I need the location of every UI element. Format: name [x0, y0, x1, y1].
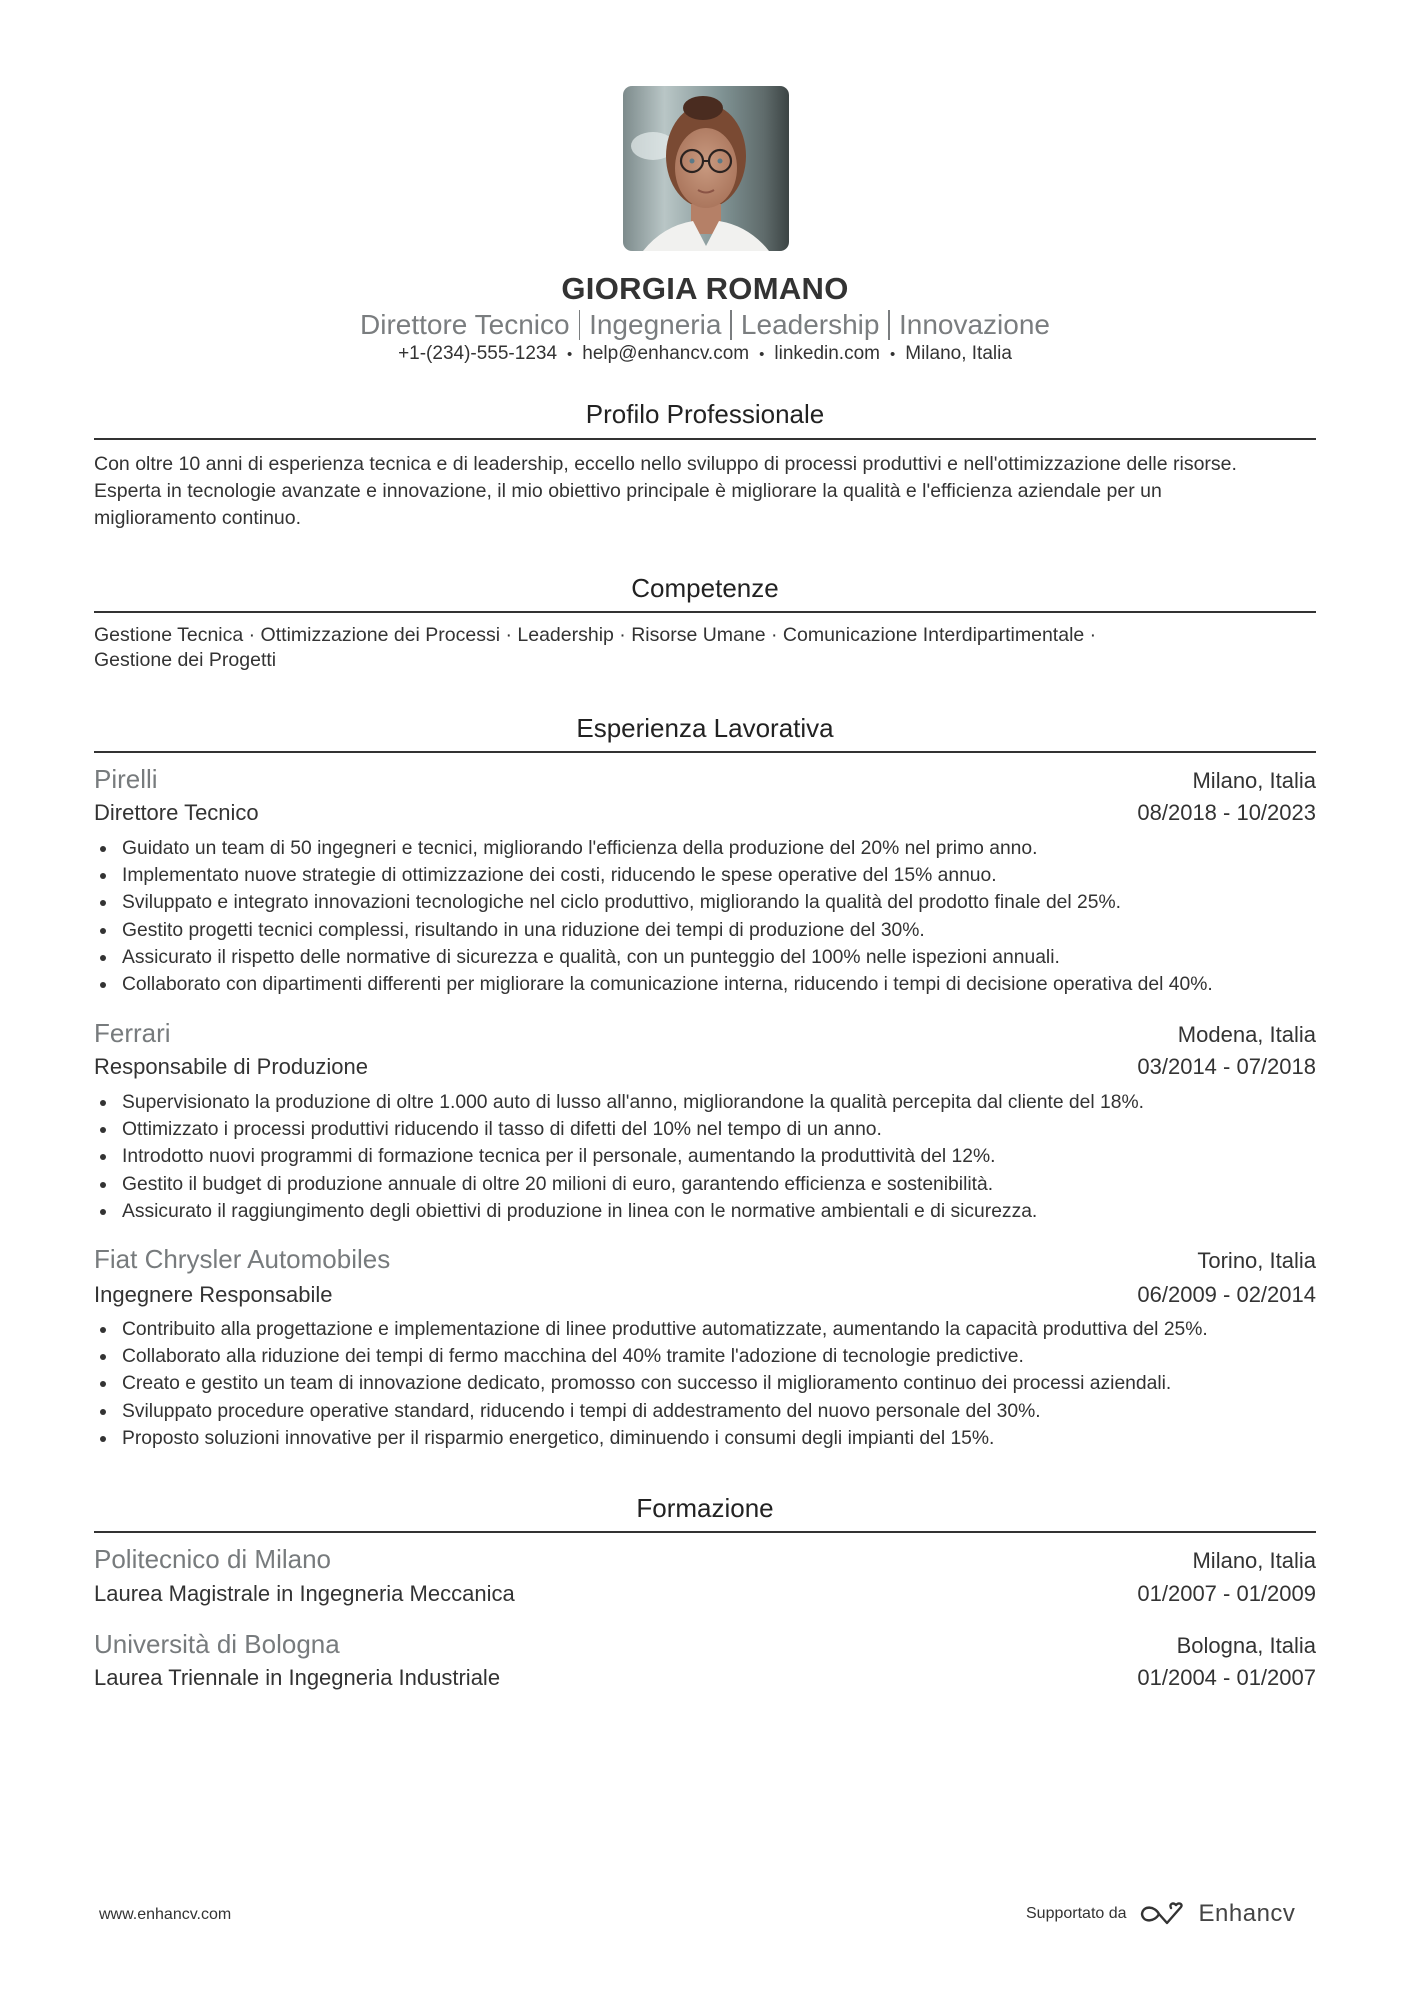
section-divider [94, 751, 1316, 753]
education-dates: 01/2007 - 01/2009 [1137, 1580, 1316, 1608]
job-dates: 08/2018 - 10/2023 [1137, 799, 1316, 827]
headline-part: Direttore Tecnico [360, 309, 570, 340]
bullet-dot: • [567, 346, 572, 363]
summary-line: Esperta in tecnologie avanzate e innovaz… [94, 478, 1334, 505]
job-location: Torino, Italia [1197, 1247, 1316, 1275]
bullet-dot: • [759, 346, 764, 363]
degree: Laurea Magistrale in Ingegneria Meccanic… [94, 1580, 515, 1608]
company-name: Ferrari [94, 1017, 171, 1049]
separator-bar [579, 310, 581, 340]
section-divider [94, 611, 1316, 613]
enhancv-brand-name: Enhancv [1199, 1900, 1296, 1928]
headline-part: Innovazione [899, 309, 1050, 340]
summary-line: Con oltre 10 anni di esperienza tecnica … [94, 451, 1334, 478]
job-subheader: Direttore Tecnico 08/2018 - 10/2023 [94, 799, 1316, 827]
job-achievements: Guidato un team di 50 ingegneri e tecnic… [94, 835, 1334, 998]
headline-part: Leadership [741, 309, 880, 340]
location: Milano, Italia [905, 343, 1012, 364]
achievement-item: Assicurato il rispetto delle normative d… [94, 944, 1334, 971]
achievement-item: Creato e gestito un team di innovazione … [94, 1370, 1334, 1397]
achievement-item: Supervisionato la produzione di oltre 1.… [94, 1089, 1334, 1116]
achievement-item: Contribuito alla progettazione e impleme… [94, 1316, 1334, 1343]
profile-photo [623, 86, 789, 251]
school-name: Politecnico di Milano [94, 1543, 331, 1575]
job-achievements: Supervisionato la produzione di oltre 1.… [94, 1089, 1334, 1225]
footer-powered-by[interactable]: Supportato da Enhancv [1026, 1900, 1295, 1928]
enhancv-logo-icon [1139, 1901, 1187, 1927]
school-location: Milano, Italia [1192, 1547, 1316, 1575]
job-subheader: Ingegnere Responsabile 06/2009 - 02/2014 [94, 1281, 1316, 1309]
section-title-skills: Competenze [94, 572, 1316, 604]
section-title-education: Formazione [94, 1492, 1316, 1524]
profile-summary: Con oltre 10 anni di esperienza tecnica … [94, 451, 1334, 532]
headline-part: Ingegneria [589, 309, 721, 340]
education-header: Politecnico di Milano Milano, Italia [94, 1543, 1316, 1575]
job-header: Ferrari Modena, Italia [94, 1017, 1316, 1049]
achievement-item: Collaborato con dipartimenti differenti … [94, 971, 1334, 998]
contact-line: +1-(234)-555-1234•help@enhancv.com•linke… [94, 342, 1316, 367]
linkedin-link[interactable]: linkedin.com [774, 343, 880, 364]
section-divider [94, 438, 1316, 440]
achievement-item: Sviluppato procedure operative standard,… [94, 1398, 1334, 1425]
profile-photo-image [623, 86, 789, 251]
skills-list: Gestione Tecnica · Ottimizzazione dei Pr… [94, 623, 1334, 673]
job-location: Modena, Italia [1178, 1021, 1316, 1049]
section-divider [94, 1531, 1316, 1533]
skills-line: Gestione dei Progetti [94, 648, 1334, 673]
achievement-item: Ottimizzato i processi produttivi riduce… [94, 1116, 1334, 1143]
achievement-item: Assicurato il raggiungimento degli obiet… [94, 1198, 1334, 1225]
education-dates: 01/2004 - 01/2007 [1137, 1664, 1316, 1692]
section-title-experience: Esperienza Lavorativa [94, 712, 1316, 744]
skills-line: Gestione Tecnica · Ottimizzazione dei Pr… [94, 623, 1334, 648]
achievement-item: Proposto soluzioni innovative per il ris… [94, 1425, 1334, 1452]
headline-title: Direttore TecnicoIngegneriaLeadershipInn… [94, 308, 1316, 342]
job-header: Pirelli Milano, Italia [94, 763, 1316, 795]
achievement-item: Sviluppato e integrato innovazioni tecno… [94, 889, 1334, 916]
separator-bar [888, 310, 890, 340]
job-role: Responsabile di Produzione [94, 1053, 368, 1081]
powered-by-label: Supportato da [1026, 1905, 1127, 1923]
candidate-name: GIORGIA ROMANO [94, 271, 1316, 307]
bullet-dot: • [890, 346, 895, 363]
job-role: Ingegnere Responsabile [94, 1281, 333, 1309]
school-name: Università di Bologna [94, 1628, 340, 1660]
school-location: Bologna, Italia [1177, 1632, 1316, 1660]
education-subheader: Laurea Triennale in Ingegneria Industria… [94, 1664, 1316, 1692]
job-role: Direttore Tecnico [94, 799, 259, 827]
company-name: Pirelli [94, 763, 158, 795]
company-name: Fiat Chrysler Automobiles [94, 1243, 390, 1275]
achievement-item: Implementato nuove strategie di ottimizz… [94, 862, 1334, 889]
job-location: Milano, Italia [1192, 767, 1316, 795]
separator-bar [730, 310, 732, 340]
education-header: Università di Bologna Bologna, Italia [94, 1628, 1316, 1660]
summary-line: miglioramento continuo. [94, 505, 1334, 532]
degree: Laurea Triennale in Ingegneria Industria… [94, 1664, 500, 1692]
job-header: Fiat Chrysler Automobiles Torino, Italia [94, 1243, 1316, 1275]
education-subheader: Laurea Magistrale in Ingegneria Meccanic… [94, 1580, 1316, 1608]
achievement-item: Introdotto nuovi programmi di formazione… [94, 1143, 1334, 1170]
phone[interactable]: +1-(234)-555-1234 [398, 343, 557, 364]
achievement-item: Guidato un team di 50 ingegneri e tecnic… [94, 835, 1334, 862]
achievement-item: Collaborato alla riduzione dei tempi di … [94, 1343, 1334, 1370]
achievement-item: Gestito progetti tecnici complessi, risu… [94, 917, 1334, 944]
email-link[interactable]: help@enhancv.com [582, 343, 749, 364]
footer-website-link[interactable]: www.enhancv.com [99, 1906, 231, 1924]
job-dates: 03/2014 - 07/2018 [1137, 1053, 1316, 1081]
job-dates: 06/2009 - 02/2014 [1137, 1281, 1316, 1309]
job-achievements: Contribuito alla progettazione e impleme… [94, 1316, 1334, 1452]
achievement-item: Gestito il budget di produzione annuale … [94, 1171, 1334, 1198]
section-title-profile: Profilo Professionale [94, 398, 1316, 430]
job-subheader: Responsabile di Produzione 03/2014 - 07/… [94, 1053, 1316, 1081]
